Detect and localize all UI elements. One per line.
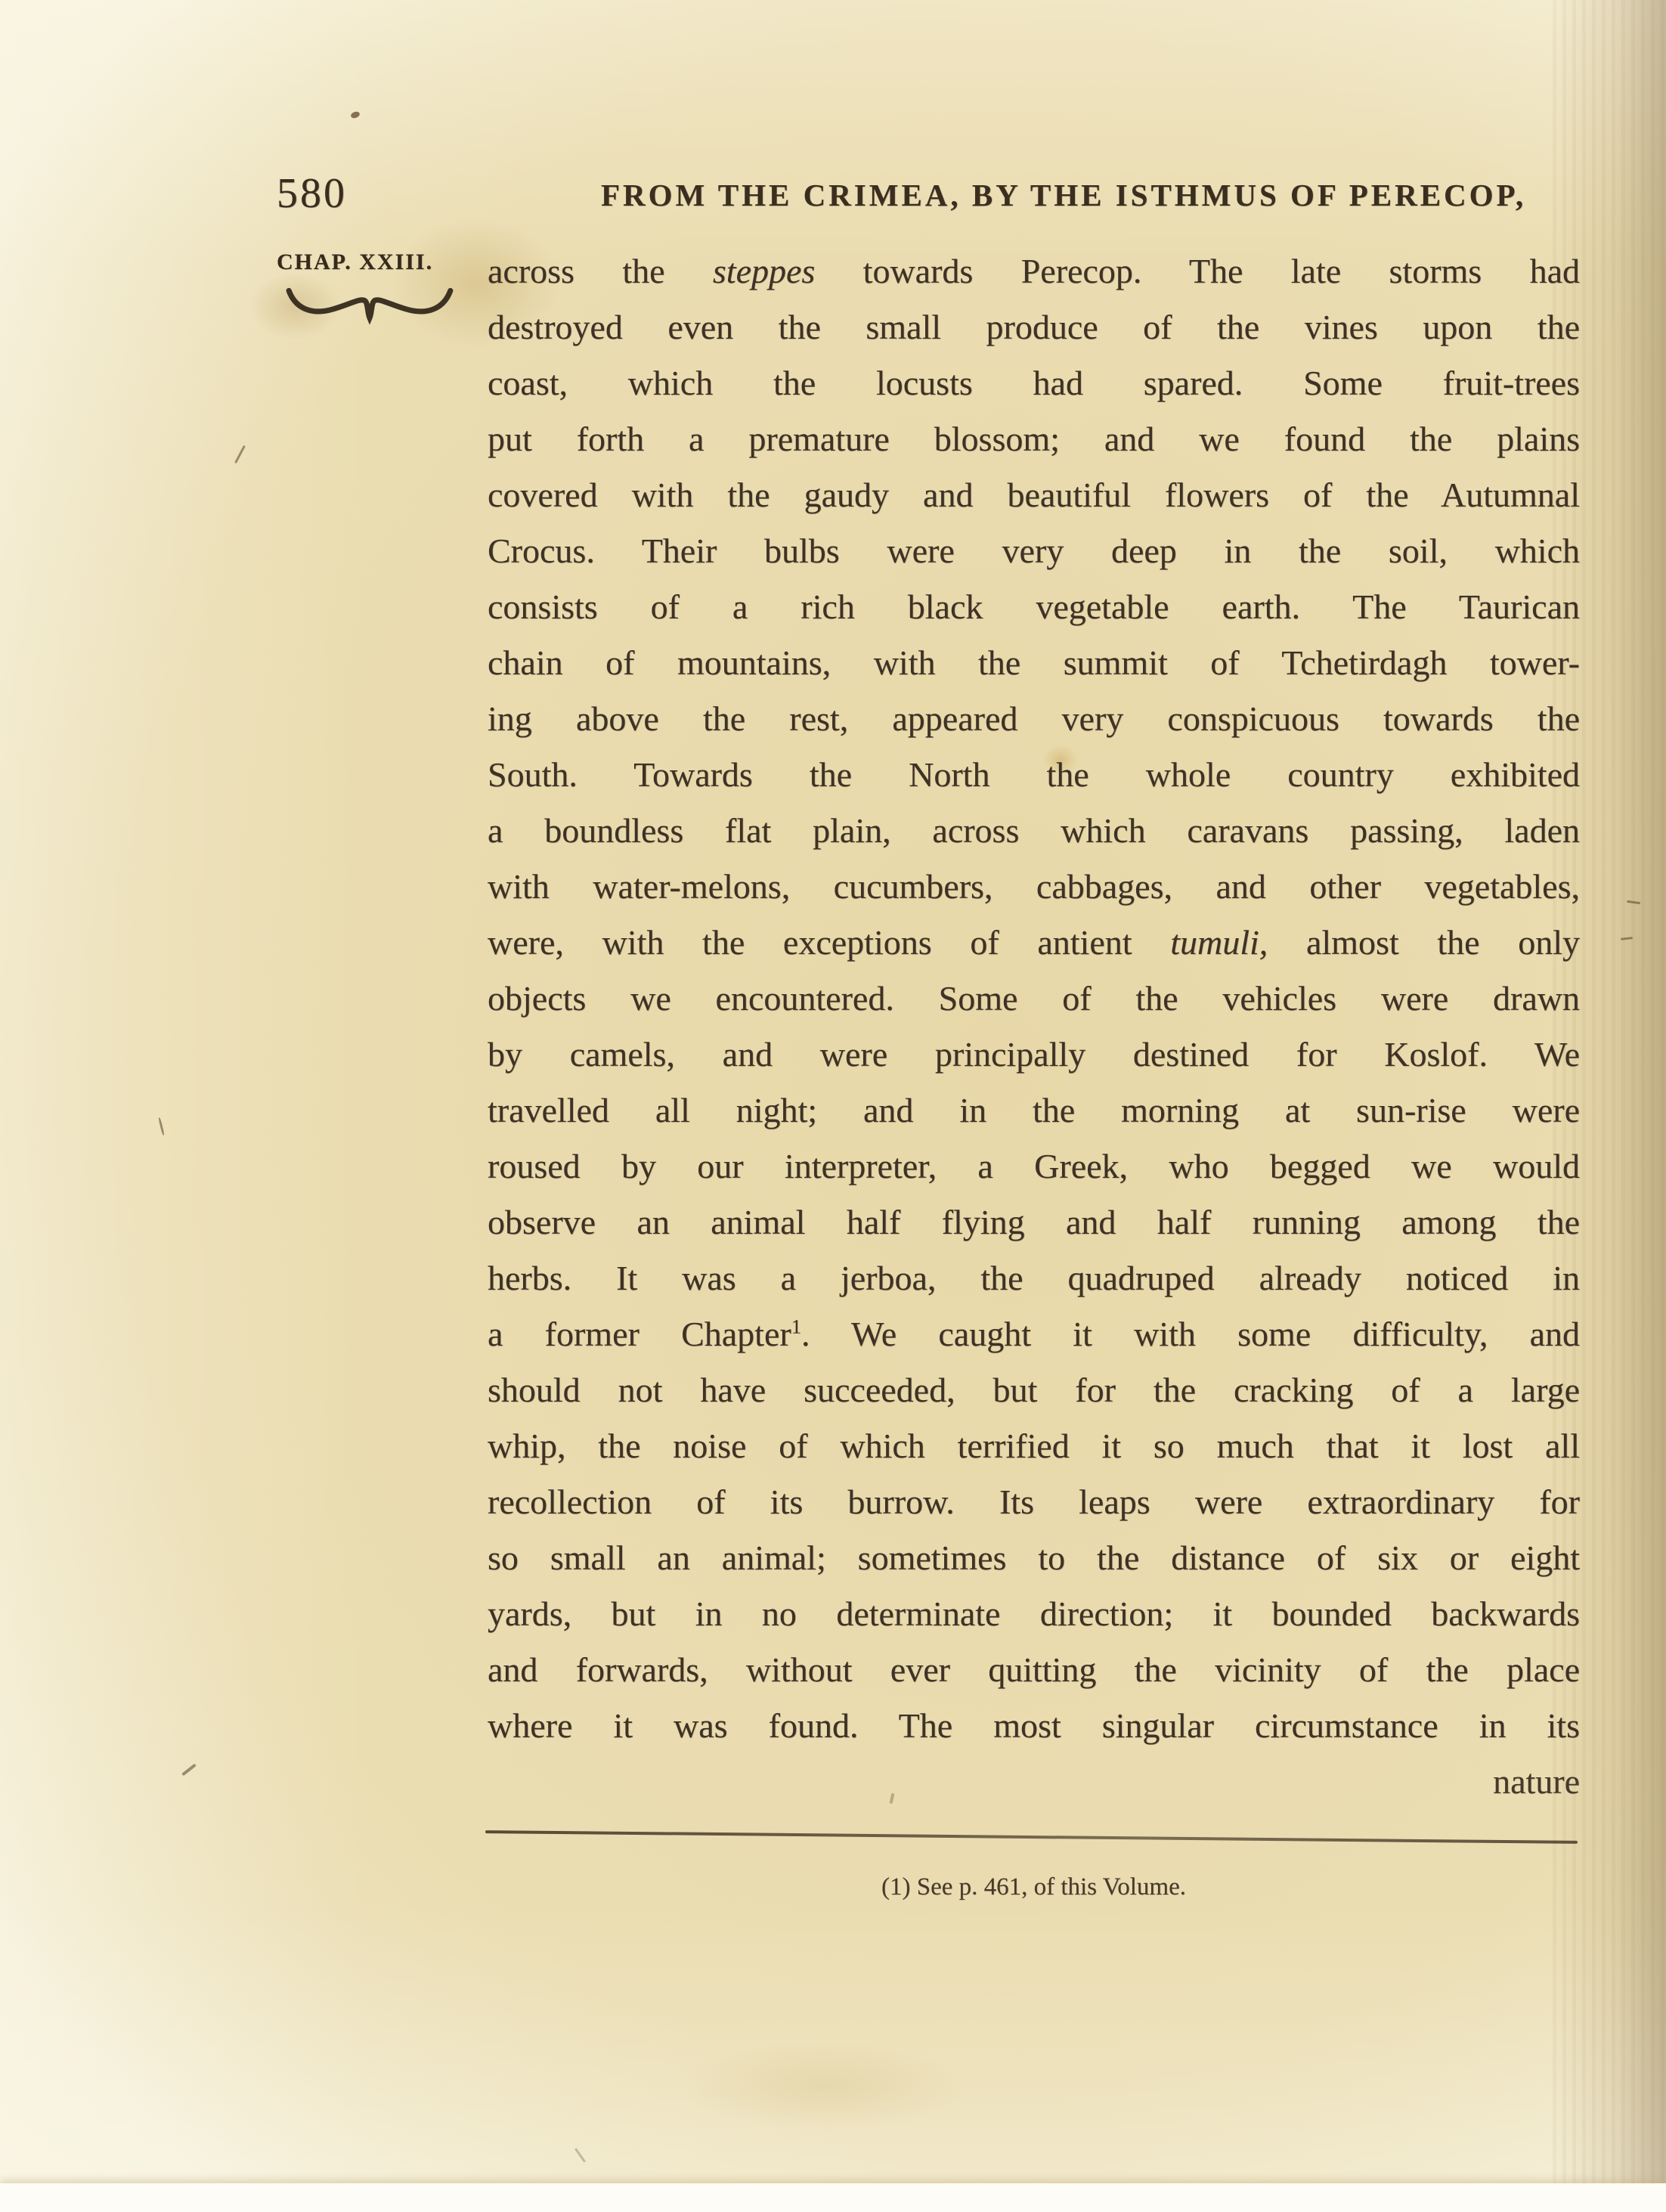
body-line: Crocus. Their bulbs were very deep in th… bbox=[488, 523, 1580, 579]
body-line-segment: steppes bbox=[713, 252, 815, 290]
footnote-reference: 1 bbox=[791, 1315, 801, 1338]
body-line: so small an animal; sometimes to the dis… bbox=[488, 1530, 1580, 1586]
body-line-segment: and forwards, without ever quitting the … bbox=[488, 1650, 1580, 1689]
body-line: chain of mountains, with the summit of T… bbox=[488, 635, 1580, 691]
body-line-segment: consists of a rich black vegetable earth… bbox=[488, 587, 1580, 626]
body-line-segment: were, with the exceptions of antient bbox=[488, 923, 1170, 962]
body-line-segment: covered with the gaudy and beautiful flo… bbox=[488, 476, 1580, 514]
body-line-segment: by camels, and were principally destined… bbox=[488, 1035, 1580, 1073]
ink-speck bbox=[350, 110, 361, 119]
scanned-book-page: { "page": { "folio": "580", "running_hea… bbox=[0, 0, 1666, 2212]
body-line: with water-melons, cucumbers, cabbages, … bbox=[488, 859, 1580, 915]
chapter-margin-note: CHAP. XXIII. bbox=[277, 249, 458, 275]
body-line: ing above the rest, appeared very conspi… bbox=[488, 691, 1580, 747]
body-line-segment: South. Towards the North the whole count… bbox=[488, 755, 1580, 794]
body-line-segment: observe an animal half flying and half r… bbox=[488, 1203, 1580, 1241]
body-line: recollection of its burrow. Its leaps we… bbox=[488, 1474, 1580, 1530]
body-line-segment: so small an animal; sometimes to the dis… bbox=[488, 1538, 1580, 1577]
body-line-segment: ing above the rest, appeared very conspi… bbox=[488, 699, 1580, 738]
body-line: coast, which the locusts had spared. Som… bbox=[488, 355, 1580, 411]
body-line-segment: should not have succeeded, but for the c… bbox=[488, 1371, 1580, 1409]
body-line-segment: chain of mountains, with the summit of T… bbox=[488, 643, 1580, 682]
running-header: FROM THE CRIMEA, BY THE ISTHMUS OF PEREC… bbox=[601, 177, 1466, 213]
body-line-segment: yards, but in no determinate direction; … bbox=[488, 1594, 1580, 1633]
scan-edge-strip bbox=[0, 2183, 1666, 2212]
body-line-segment: almost the only bbox=[1268, 923, 1580, 962]
margin-mark bbox=[158, 1117, 165, 1135]
body-line-segment: recollection of its burrow. Its leaps we… bbox=[488, 1482, 1580, 1521]
body-line-segment: destroyed even the small produce of the … bbox=[488, 308, 1580, 346]
body-line-segment: where it was found. The most singular ci… bbox=[488, 1706, 1580, 1745]
body-line-segment: Crocus. Their bulbs were very deep in th… bbox=[488, 531, 1580, 570]
catchword: nature bbox=[488, 1754, 1580, 1810]
footnote-divider bbox=[485, 1830, 1578, 1844]
body-line: should not have succeeded, but for the c… bbox=[488, 1362, 1580, 1418]
margin-mark bbox=[574, 2148, 586, 2163]
body-line-segment: towards Perecop. The late storms had bbox=[815, 252, 1580, 290]
body-line: consists of a rich black vegetable earth… bbox=[488, 579, 1580, 635]
body-line: a former Chapter1. We caught it with som… bbox=[488, 1306, 1580, 1362]
body-line: a boundless flat plain, across which car… bbox=[488, 803, 1580, 859]
body-line: observe an animal half flying and half r… bbox=[488, 1194, 1580, 1250]
body-line: whip, the noise of which terrified it so… bbox=[488, 1418, 1580, 1474]
body-line: destroyed even the small produce of the … bbox=[488, 299, 1580, 355]
body-line-segment: tumuli, bbox=[1170, 923, 1268, 962]
body-line-segment: whip, the noise of which terrified it so… bbox=[488, 1427, 1580, 1465]
page-background: 580 FROM THE CRIMEA, BY THE ISTHMUS OF P… bbox=[0, 0, 1666, 2212]
body-line-segment: coast, which the locusts had spared. Som… bbox=[488, 364, 1580, 402]
body-line: and forwards, without ever quitting the … bbox=[488, 1642, 1580, 1698]
body-line: yards, but in no determinate direction; … bbox=[488, 1586, 1580, 1642]
body-line: travelled all night; and in the morning … bbox=[488, 1083, 1580, 1139]
footnote: (1) See p. 461, of this Volume. bbox=[488, 1873, 1580, 1901]
chapter-brace-flourish-icon bbox=[284, 281, 455, 328]
body-line-segment: travelled all night; and in the morning … bbox=[488, 1091, 1580, 1129]
body-line: were, with the exceptions of antient tum… bbox=[488, 915, 1580, 971]
body-line: across the steppes towards Perecop. The … bbox=[488, 243, 1580, 299]
body-line-segment: put forth a premature blossom; and we fo… bbox=[488, 420, 1580, 458]
body-line: herbs. It was a jerboa, the quadruped al… bbox=[488, 1250, 1580, 1306]
body-line-segment: with water-melons, cucumbers, cabbages, … bbox=[488, 867, 1580, 906]
body-line-segment: objects we encountered. Some of the vehi… bbox=[488, 979, 1580, 1018]
body-line-segment: . We caught it with some difficulty, and bbox=[801, 1315, 1580, 1353]
body-line: by camels, and were principally destined… bbox=[488, 1027, 1580, 1083]
margin-mark bbox=[234, 445, 246, 463]
folio-page-number: 580 bbox=[277, 169, 347, 218]
paper-stain bbox=[680, 2041, 968, 2132]
body-line-segment: herbs. It was a jerboa, the quadruped al… bbox=[488, 1259, 1580, 1297]
body-line: covered with the gaudy and beautiful flo… bbox=[488, 467, 1580, 523]
body-line: where it was found. The most singular ci… bbox=[488, 1698, 1580, 1754]
body-line-segment: a boundless flat plain, across which car… bbox=[488, 811, 1580, 850]
margin-mark bbox=[181, 1764, 197, 1777]
body-line: roused by our interpreter, a Greek, who … bbox=[488, 1139, 1580, 1194]
body-line: objects we encountered. Some of the vehi… bbox=[488, 971, 1580, 1027]
body-line-segment: across the bbox=[488, 252, 713, 290]
body-line: South. Towards the North the whole count… bbox=[488, 747, 1580, 803]
body-text: across the steppes towards Perecop. The … bbox=[488, 243, 1580, 1754]
body-line: put forth a premature blossom; and we fo… bbox=[488, 411, 1580, 467]
body-line-segment: a former Chapter bbox=[488, 1315, 791, 1353]
body-line-segment: roused by our interpreter, a Greek, who … bbox=[488, 1147, 1580, 1185]
